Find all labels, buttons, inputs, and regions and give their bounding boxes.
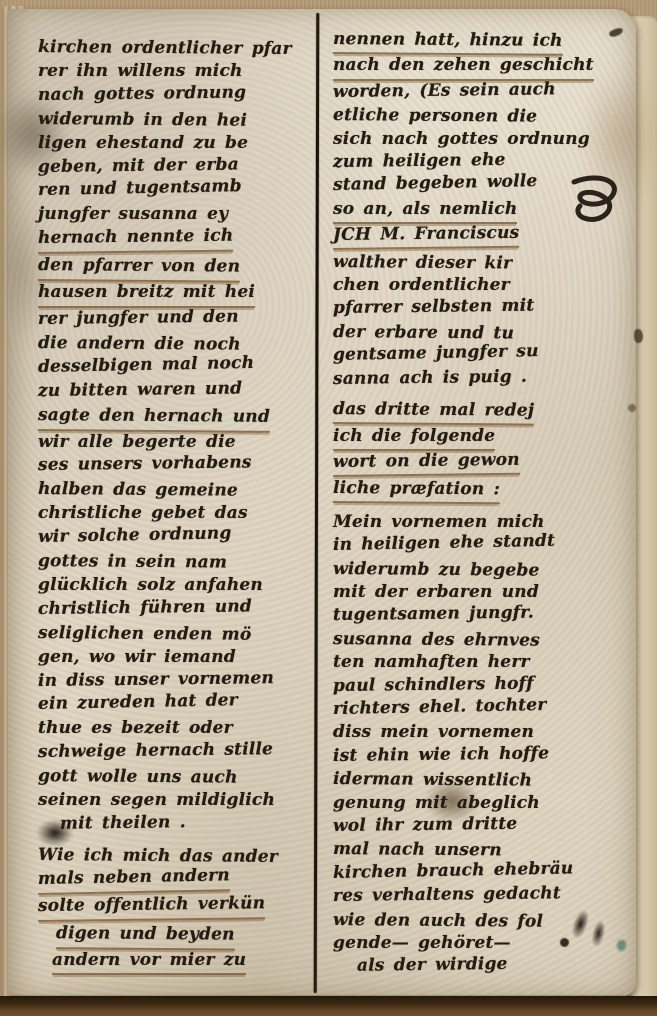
text-line: schweige hernach stille (38, 738, 312, 765)
handwritten-text: jungfer susanna ey (38, 203, 228, 227)
text-line: etliche personen die (333, 104, 629, 130)
handwritten-text: richters ehel. tochter (333, 694, 547, 722)
handwritten-text: hausen breitz mit hei (38, 281, 255, 308)
text-line: ist ehin wie ich hoffe (333, 741, 629, 768)
text-line: das dritte mal redej (333, 398, 629, 427)
text-line: desselbigen mal noch (38, 351, 312, 380)
text-line: gen, wo wir iemand (38, 646, 312, 670)
text-line: sagte den hernach und (38, 404, 312, 433)
handwritten-text: das dritte mal redej (333, 398, 534, 426)
text-line: kirchen brauch ehebräu (333, 856, 629, 885)
text-line: andern vor mier zu (38, 949, 312, 976)
text-line: seliglichen enden mö (38, 622, 312, 648)
handwritten-text: seliglichen enden mö (38, 622, 252, 648)
handwritten-text: pfarrer selbsten mit (333, 295, 535, 321)
text-line: sanna ach is puig . (333, 364, 629, 391)
text-line: ren und tugentsamb (38, 174, 312, 203)
handwritten-text: mals neben andern (38, 864, 230, 895)
ink-speck (628, 404, 636, 412)
text-line: mals neben andern (38, 863, 312, 895)
handwritten-text: chen ordentlicher (333, 274, 510, 297)
text-line: ein zureden hat der (38, 688, 312, 717)
handwritten-text: wort on die gewon (333, 449, 520, 478)
text-line: wie den auch des fol (333, 909, 629, 935)
text-line: pfarrer selbsten mit (333, 294, 629, 321)
manuscript-photo: { "document": { "kind_label": "handwritt… (0, 0, 657, 1016)
handwritten-text: gottes in sein nam (38, 550, 227, 575)
text-line: tugentsamen jungfr. (333, 601, 629, 628)
handwritten-text: ein zureden hat der (38, 690, 238, 718)
handwritten-text: nach den zehen geschicht (333, 54, 594, 80)
handwritten-text: kirchen brauch ehebräu (333, 857, 574, 885)
handwritten-text: wie den auch des fol (333, 909, 543, 934)
handwritten-text: gen, wo wir iemand (38, 646, 236, 670)
handwritten-text: rer ihn willens mich (38, 60, 243, 84)
text-line: gentsame jungfer su (333, 339, 629, 368)
handwritten-text: desselbigen mal noch (38, 352, 255, 380)
text-line: als der wirdige (333, 952, 629, 979)
handwritten-text: widerumb in den hei (38, 108, 247, 134)
handwritten-text: gende— gehöret— (333, 932, 511, 955)
handwritten-text: schweige hernach stille (38, 738, 273, 765)
text-line: halben das gemeine (38, 478, 312, 504)
text-line: JCH M. Franciscus (333, 221, 629, 251)
handwritten-text: widerumb zu begebe (333, 558, 540, 583)
handwritten-text: ligen ehestand zu be (38, 132, 248, 156)
text-line: res verhaltens gedacht (333, 882, 629, 909)
handwritten-text: liche præfation : (333, 477, 500, 505)
text-line: nennen hatt, hinzu ich (333, 28, 629, 57)
handwritten-text: walther dieser kir (333, 251, 512, 276)
handwritten-text: ist ehin wie ich hoffe (333, 742, 549, 768)
text-line: rer jungfer und den (38, 305, 312, 332)
handwritten-text: ses unsers vorhabens (38, 452, 252, 479)
handwritten-text: wol ihr zum dritte (333, 813, 518, 839)
handwritten-text: susanna des ehrnves (333, 628, 540, 653)
handwritten-text: tugentsamen jungfr. (333, 602, 534, 628)
handwritten-text: ren und tugentsamb (38, 176, 242, 204)
handwritten-text: nennen hatt, hinzu ich (333, 28, 563, 56)
handwritten-text: nach gottes ordnung (38, 81, 246, 107)
handwritten-text: JCH M. Franciscus (333, 222, 520, 251)
handwritten-text: den pfarrer von den (38, 254, 240, 282)
handwritten-text: wir solche ordnung (38, 522, 232, 550)
text-line: wol ihr zum dritte (333, 811, 629, 838)
handwritten-text: seinen segen mildiglich (38, 789, 275, 813)
handwritten-text: diss mein vornemen (333, 721, 534, 744)
handwritten-text: res verhaltens gedacht (333, 882, 561, 908)
handwritten-text: ich die folgende (333, 425, 495, 451)
text-line: nach den zehen geschicht (333, 54, 629, 80)
text-line: solte offentlich verkün (38, 891, 312, 921)
text-line: stand begeben wolle (333, 169, 629, 198)
handwritten-text: in heiligen ehe standt (333, 530, 556, 558)
text-line: kirchen ordentlicher pfar (38, 36, 312, 62)
handwritten-text: iderman wissentlich (333, 768, 532, 793)
text-line: digen und beyden (38, 922, 312, 951)
text-line: mit theilen . (38, 810, 312, 837)
text-line: hausen breitz mit hei (38, 281, 312, 308)
text-line: worden, (Es sein auch (333, 77, 629, 104)
handwritten-text: worden, (Es sein auch (333, 78, 556, 104)
handwritten-text: sagte den hernach und (38, 404, 270, 433)
text-line: nach gottes ordnung (38, 80, 312, 107)
right-column: nennen hatt, hinzu ichnach den zehen ges… (333, 28, 629, 979)
handwritten-text: mit theilen . (60, 811, 186, 836)
handwritten-text: digen und beyden (56, 922, 235, 950)
text-line: zu bitten waren und (38, 376, 312, 403)
text-line: ligen ehestand zu be (38, 132, 312, 156)
handwritten-text: stand begeben wolle (333, 171, 538, 198)
text-line: richters ehel. tochter (333, 692, 629, 721)
handwritten-text: rer jungfer und den (38, 306, 239, 332)
handwritten-text: sanna ach is puig . (333, 365, 527, 391)
handwritten-text: hernach nennte ich (38, 225, 234, 254)
handwritten-text: christlich führen und (38, 595, 252, 622)
handwritten-text: wir alle begerte die (38, 431, 236, 455)
text-line: in heiligen ehe standt (333, 528, 629, 557)
handwritten-text: etliche personen die (333, 104, 537, 129)
text-line: walther dieser kir (333, 251, 629, 277)
handwritten-text: halben das gemeine (38, 478, 238, 503)
handwritten-text: mit der erbaren und (333, 581, 539, 604)
handwritten-text: solte offentlich verkün (38, 892, 266, 922)
handwritten-text: gentsame jungfer su (333, 340, 539, 367)
handwritten-text: gott wolle uns auch (38, 765, 238, 790)
text-line: den pfarrer von den (38, 254, 312, 283)
text-line: ses unsers vorhabens (38, 451, 312, 478)
text-line: widerumb zu begebe (333, 558, 629, 584)
text-line: liche præfation : (333, 477, 629, 506)
text-line: gottes in sein nam (38, 550, 312, 576)
text-line: hernach nennte ich (38, 224, 312, 254)
handwritten-text: genung mit abeglich (333, 792, 540, 815)
handwritten-text: so an, als nemlich (333, 198, 517, 224)
text-line: christlich führen und (38, 594, 312, 621)
text-line: gott wolle uns auch (38, 765, 312, 791)
text-line: widerumb in den hei (38, 108, 312, 134)
text-line: iderman wissentlich (333, 768, 629, 794)
handwritten-text: andern vor mier zu (52, 949, 246, 976)
handwritten-text: als der wirdige (357, 953, 508, 978)
handwritten-text: thue es bezeit oder (38, 717, 233, 741)
text-line: wir solche ordnung (38, 521, 312, 550)
text-line: susanna des ehrnves (333, 628, 629, 654)
handwritten-text: glücklich solz anfahen (38, 574, 263, 598)
handwritten-text: zu bitten waren und (38, 377, 242, 403)
binding-bottom-band (0, 996, 657, 1016)
handwritten-text: ten namhaften herr (333, 651, 530, 674)
handwritten-text: kirchen ordentlicher pfar (38, 36, 292, 62)
text-line: wort on die gewon (333, 447, 629, 477)
left-column: kirchen ordentlicher pfarrer ihn willens… (38, 36, 312, 975)
